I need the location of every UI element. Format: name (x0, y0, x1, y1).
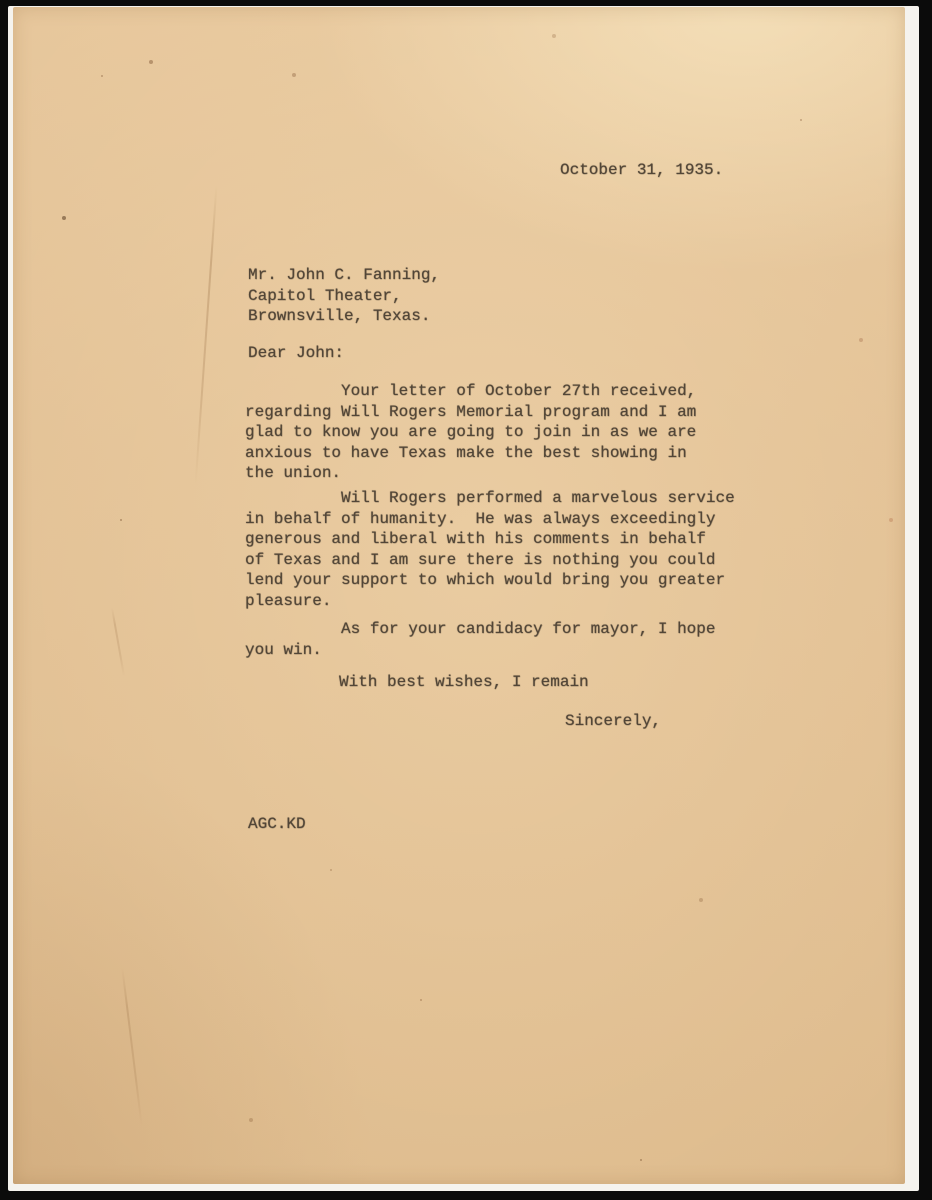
recipient-address: Mr. John C. Fanning,Capitol Theater,Brow… (248, 265, 440, 327)
pre-closing-line: With best wishes, I remain (339, 672, 589, 693)
paper-specks (13, 7, 15, 9)
recipient-location: Brownsville, Texas. (248, 306, 440, 327)
letter-paragraph-1: Your letter of October 27th received, re… (245, 381, 696, 484)
salutation: Dear John: (248, 343, 344, 364)
letter-paragraph-2: Will Rogers performed a marvelous servic… (245, 488, 735, 611)
paper-crease (111, 607, 125, 676)
letter-date: October 31, 1935. (560, 160, 723, 181)
recipient-name: Mr. John C. Fanning, (248, 265, 440, 286)
recipient-organization: Capitol Theater, (248, 286, 440, 307)
paper-crease (195, 185, 217, 484)
closing-salutation: Sincerely, (565, 711, 661, 732)
letter-paragraph-3: As for your candidacy for mayor, I hope … (245, 619, 715, 660)
letter-page: October 31, 1935. Mr. John C. Fanning,Ca… (13, 7, 905, 1184)
reference-initials: AGC.KD (248, 814, 306, 835)
paper-crease (121, 968, 142, 1127)
